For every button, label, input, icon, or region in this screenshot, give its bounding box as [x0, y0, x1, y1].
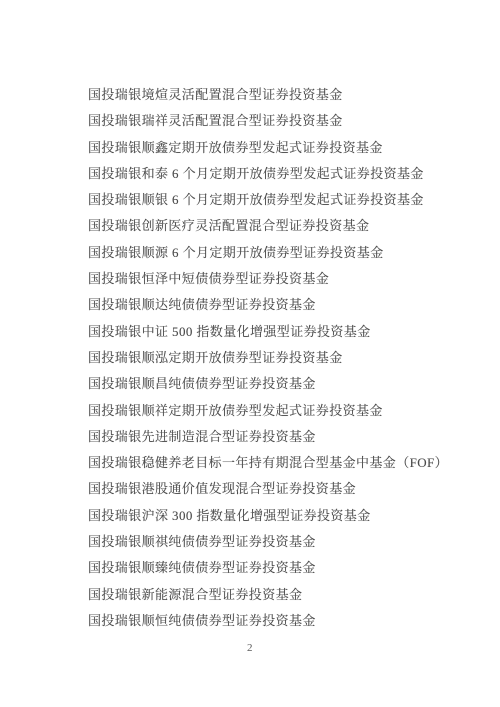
- fund-name-line: 国投瑞银港股通价值发现混合型证券投资基金: [88, 476, 478, 502]
- fund-name-line: 国投瑞银和泰 6 个月定期开放债券型发起式证券投资基金: [88, 161, 478, 187]
- document-page: 国投瑞银境煊灵活配置混合型证券投资基金国投瑞银瑞祥灵活配置混合型证券投资基金国投…: [0, 0, 500, 707]
- fund-name-line: 国投瑞银瑞祥灵活配置混合型证券投资基金: [88, 108, 478, 134]
- fund-name-line: 国投瑞银顺祥定期开放债券型发起式证券投资基金: [88, 398, 478, 424]
- fund-name-line: 国投瑞银顺源 6 个月定期开放债券型证券投资基金: [88, 240, 478, 266]
- page-number: 2: [0, 642, 500, 654]
- fund-list: 国投瑞银境煊灵活配置混合型证券投资基金国投瑞银瑞祥灵活配置混合型证券投资基金国投…: [88, 82, 478, 634]
- fund-name-line: 国投瑞银新能源混合型证券投资基金: [88, 582, 478, 608]
- fund-name-line: 国投瑞银沪深 300 指数量化增强型证券投资基金: [88, 503, 478, 529]
- fund-name-line: 国投瑞银恒泽中短债债券型证券投资基金: [88, 266, 478, 292]
- fund-name-line: 国投瑞银顺祺纯债债券型证券投资基金: [88, 529, 478, 555]
- fund-name-line: 国投瑞银顺恒纯债债券型证券投资基金: [88, 608, 478, 634]
- fund-name-line: 国投瑞银稳健养老目标一年持有期混合型基金中基金（FOF）: [88, 450, 478, 476]
- fund-name-line: 国投瑞银顺昌纯债债券型证券投资基金: [88, 371, 478, 397]
- fund-name-line: 国投瑞银中证 500 指数量化增强型证券投资基金: [88, 319, 478, 345]
- fund-name-line: 国投瑞银顺泓定期开放债券型证券投资基金: [88, 345, 478, 371]
- fund-name-line: 国投瑞银先进制造混合型证券投资基金: [88, 424, 478, 450]
- fund-name-line: 国投瑞银顺银 6 个月定期开放债券型发起式证券投资基金: [88, 187, 478, 213]
- fund-name-line: 国投瑞银顺达纯债债券型证券投资基金: [88, 292, 478, 318]
- fund-name-line: 国投瑞银创新医疗灵活配置混合型证券投资基金: [88, 213, 478, 239]
- fund-name-line: 国投瑞银顺鑫定期开放债券型发起式证券投资基金: [88, 135, 478, 161]
- fund-name-line: 国投瑞银境煊灵活配置混合型证券投资基金: [88, 82, 478, 108]
- fund-name-line: 国投瑞银顺臻纯债债券型证券投资基金: [88, 555, 478, 581]
